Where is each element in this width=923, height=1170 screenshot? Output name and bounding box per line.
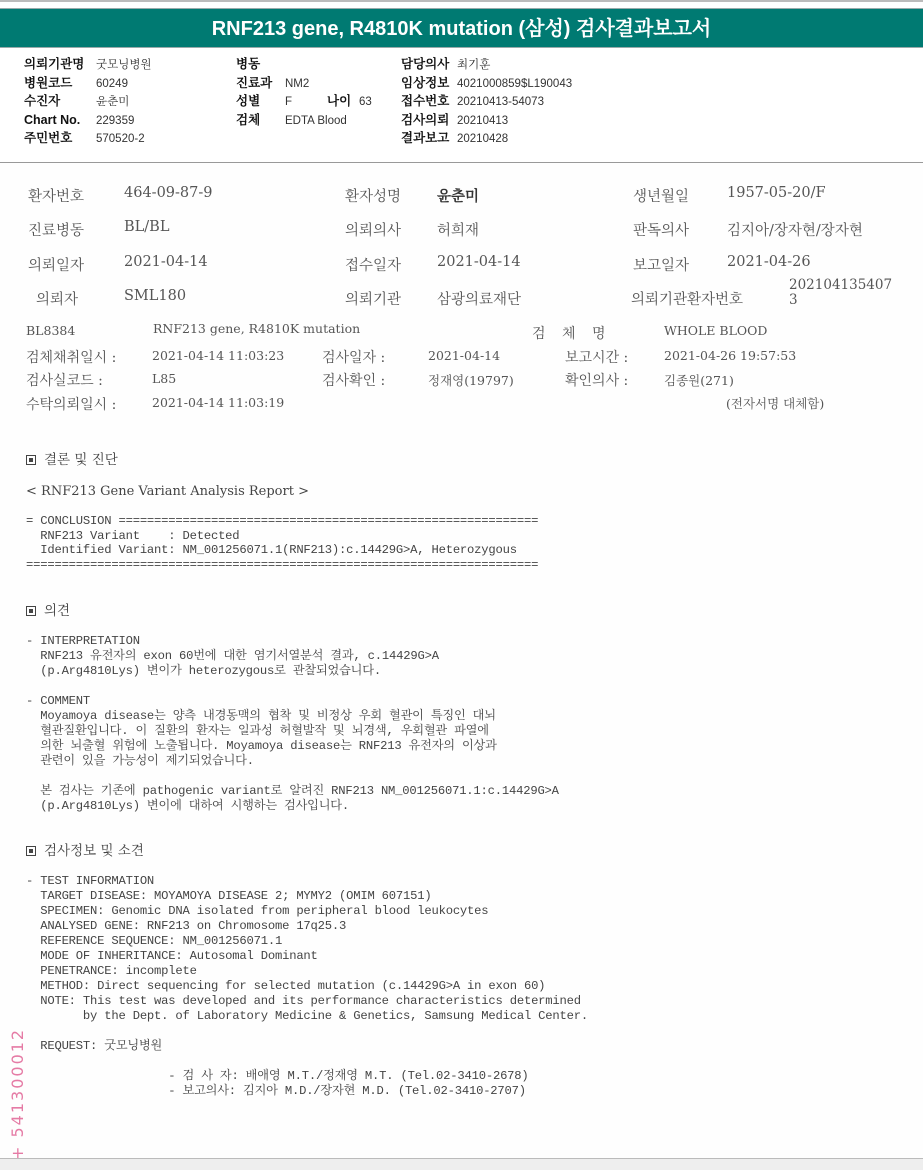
field-value: 20210413	[457, 112, 508, 131]
field-value: 20210413-54073	[457, 93, 544, 112]
header-row: 수진자윤춘미	[24, 92, 152, 111]
header-row: 접수번호20210413-54073	[401, 92, 572, 111]
field-value: 20210428	[457, 130, 508, 149]
specimen-label: 검 체 명	[532, 323, 611, 343]
document-id-watermark: + 541300012	[4, 1010, 32, 1160]
header-row: 담당의사최기훈	[401, 55, 572, 74]
comment-line: (p.Arg4810Lys) 변이에 대하여 시행하는 검사입니다.	[26, 799, 559, 814]
section-heading-conclusion: 결론 및 진단	[26, 453, 118, 468]
comment-block: - COMMENT Moyamoya disease는 양측 내경동맥의 협착 …	[26, 694, 559, 814]
confirm-value: 정재영(19797)	[428, 371, 514, 389]
field-label: 검체	[236, 111, 285, 130]
outsource-time-value: 2021-04-14 11:03:19	[152, 395, 284, 410]
field-label: 진료과	[236, 74, 285, 93]
patient-value: 464-09-87-9	[124, 185, 213, 201]
comment-line: 혈관질환입니다. 이 질환의 환자는 일과성 허혈발작 및 뇌경색, 우회혈관 …	[26, 724, 559, 739]
patient-value: SML180	[124, 288, 186, 304]
lab-code-label: 검사실코드 :	[26, 370, 103, 390]
header-info: 의뢰기관명굿모닝병원 병원코드60249 수진자윤춘미 Chart No.229…	[0, 55, 923, 160]
report-time-label: 보고시간 :	[565, 347, 628, 367]
field-label: 병동	[236, 55, 285, 74]
patient-info-grid: 환자번호 464-09-87-9 환자성명 윤춘미 생년월일 1957-05-2…	[0, 163, 923, 313]
header-col-2: 병동 진료과NM2 성별F나이63 검체EDTA Blood	[236, 55, 372, 129]
header-row: Chart No.229359	[24, 111, 152, 130]
patient-value: 2021-04-14	[124, 254, 208, 270]
patient-label: 생년월일	[633, 185, 689, 206]
patient-value: 2021-04-14	[437, 254, 521, 270]
patient-value: 삼광의료재단	[437, 288, 521, 309]
field-value: 최기훈	[457, 56, 490, 75]
field-label: 병원코드	[24, 74, 96, 93]
interpretation-line: RNF213 유전자의 exon 60번에 대한 염기서열분석 결과, c.14…	[26, 649, 439, 664]
top-border	[0, 0, 923, 2]
report-time-value: 2021-04-26 19:57:53	[664, 348, 796, 363]
scanned-report: 환자번호 464-09-87-9 환자성명 윤춘미 생년월일 1957-05-2…	[0, 163, 923, 1158]
test-info-line: SPECIMEN: Genomic DNA isolated from peri…	[26, 904, 588, 919]
test-code: BL8384	[26, 323, 75, 338]
square-bullet-icon	[26, 846, 36, 856]
field-value: 60249	[96, 75, 128, 94]
header-row: 검사의뢰20210413	[401, 111, 572, 130]
patient-value-line2: 3	[789, 292, 798, 308]
test-info-line: REFERENCE SEQUENCE: NM_001256071.1	[26, 934, 588, 949]
report-subtitle: < RNF213 Gene Variant Analysis Report >	[26, 484, 309, 499]
patient-label: 환자번호	[28, 185, 84, 206]
test-info-line: MODE OF INHERITANCE: Autosomal Dominant	[26, 949, 588, 964]
square-bullet-icon	[26, 455, 36, 465]
field-value: F	[285, 93, 327, 112]
interpretation-line: (p.Arg4810Lys) 변이가 heterozygous로 관찰되었습니다…	[26, 664, 439, 679]
verifier-label: 확인의사 :	[565, 370, 628, 390]
header-row: 병동	[236, 55, 372, 74]
test-date-value: 2021-04-14	[428, 348, 500, 363]
header-row: 진료과NM2	[236, 74, 372, 93]
header-col-1: 의뢰기관명굿모닝병원 병원코드60249 수진자윤춘미 Chart No.229…	[24, 55, 152, 148]
header-col-3: 담당의사최기훈 임상정보4021000859$L190043 접수번호20210…	[401, 55, 572, 148]
test-info-title: - TEST INFORMATION	[26, 874, 588, 889]
outsource-time-label: 수탁의뢰일시 :	[26, 394, 116, 414]
signer-line: - 검 사 자: 배애영 M.T./정재영 M.T. (Tel.02-3410-…	[26, 1069, 529, 1084]
request-line: REQUEST: 굿모닝병원	[26, 1039, 162, 1054]
conclusion-line: Identified Variant: NM_001256071.1(RNF21…	[26, 543, 538, 558]
section-heading-opinion: 의견	[26, 604, 70, 619]
blank-line	[26, 769, 559, 784]
field-label: 담당의사	[401, 55, 457, 74]
patient-label: 의뢰기관환자번호	[631, 288, 743, 309]
patient-value: 허희재	[437, 219, 479, 240]
patient-label: 의뢰기관	[345, 288, 401, 309]
section-heading-text: 결론 및 진단	[44, 452, 118, 468]
signer-line: - 보고의사: 김지아 M.D./장자현 M.D. (Tel.02-3410-2…	[26, 1084, 529, 1099]
header-row: 임상정보4021000859$L190043	[401, 74, 572, 93]
field-value: 570520-2	[96, 130, 145, 149]
confirm-label: 검사확인 :	[322, 370, 385, 390]
header-row: 결과보고20210428	[401, 129, 572, 148]
field-label: 접수번호	[401, 92, 457, 111]
field-value: 229359	[96, 112, 134, 131]
section-heading-text: 의견	[44, 603, 70, 619]
conclusion-block: = CONCLUSION ===========================…	[26, 514, 538, 572]
test-info-line: TARGET DISEASE: MOYAMOYA DISEASE 2; MYMY…	[26, 889, 588, 904]
interpretation-title: - INTERPRETATION	[26, 634, 439, 649]
test-info-line: by the Dept. of Laboratory Medicine & Ge…	[26, 1009, 588, 1024]
field-value: EDTA Blood	[285, 112, 347, 131]
field-label: 결과보고	[401, 129, 457, 148]
field-label: Chart No.	[24, 111, 96, 130]
header-row: 병원코드60249	[24, 74, 152, 93]
header-row: 의뢰기관명굿모닝병원	[24, 55, 152, 74]
conclusion-line: ========================================…	[26, 558, 538, 573]
esign-note: (전자서명 대체함)	[726, 394, 824, 412]
field-label: 나이	[327, 92, 359, 111]
collect-time-value: 2021-04-14 11:03:23	[152, 348, 284, 363]
field-label: 의뢰기관명	[24, 55, 96, 74]
conclusion-line: = CONCLUSION ===========================…	[26, 514, 538, 529]
patient-value: 1957-05-20/F	[727, 185, 826, 201]
lab-code-value: L85	[152, 371, 176, 386]
specimen-value: WHOLE BLOOD	[664, 323, 767, 338]
test-info-line: NOTE: This test was developed and its pe…	[26, 994, 588, 1009]
section-heading-test-info: 검사정보 및 소견	[26, 844, 144, 859]
header-row: 검체EDTA Blood	[236, 111, 372, 130]
patient-value: 윤춘미	[437, 185, 479, 206]
field-label: 검사의뢰	[401, 111, 457, 130]
patient-label: 의뢰의사	[345, 219, 401, 240]
test-name: RNF213 gene, R4810K mutation	[153, 321, 360, 336]
patient-value: 김지아/장자현/장자현	[727, 219, 863, 240]
square-bullet-icon	[26, 606, 36, 616]
field-value: NM2	[285, 75, 309, 94]
header-row: 성별F나이63	[236, 92, 372, 111]
patient-label: 진료병동	[28, 219, 84, 240]
conclusion-line: RNF213 Variant : Detected	[26, 529, 538, 544]
header-row: 주민번호570520-2	[24, 129, 152, 148]
field-label: 성별	[236, 92, 285, 111]
verifier-value: 김종원(271)	[664, 371, 734, 389]
test-date-label: 검사일자 :	[322, 347, 385, 367]
field-label: 수진자	[24, 92, 96, 111]
comment-title: - COMMENT	[26, 694, 559, 709]
bottom-border	[0, 1158, 923, 1170]
patient-label: 의뢰자	[36, 288, 78, 309]
interpretation-block: - INTERPRETATION RNF213 유전자의 exon 60번에 대…	[26, 634, 439, 679]
patient-label: 접수일자	[345, 254, 401, 275]
section-heading-text: 검사정보 및 소견	[44, 843, 144, 859]
comment-line: 본 검사는 기존에 pathogenic variant로 알려진 RNF213…	[26, 784, 559, 799]
field-value: 윤춘미	[96, 93, 129, 112]
comment-line: 관련이 있을 가능성이 제기되었습니다.	[26, 754, 559, 769]
patient-label: 보고일자	[633, 254, 689, 275]
report-title: RNF213 gene, R4810K mutation (삼성) 검사결과보고…	[0, 8, 923, 48]
field-value: 굿모닝병원	[96, 56, 152, 75]
patient-label: 환자성명	[345, 185, 401, 206]
patient-value-line1: 202104135407	[789, 277, 892, 293]
test-info-line: METHOD: Direct sequencing for selected m…	[26, 979, 588, 994]
comment-line: 의한 뇌출혈 위험에 노출됩니다. Moyamoya disease는 RNF2…	[26, 739, 559, 754]
patient-value: BL/BL	[124, 219, 169, 235]
patient-value: 2021041354073	[789, 278, 892, 308]
test-info-block: - TEST INFORMATION TARGET DISEASE: MOYAM…	[26, 874, 588, 1024]
collect-time-label: 검체채취일시 :	[26, 347, 116, 367]
field-label: 임상정보	[401, 74, 457, 93]
field-value: 4021000859$L190043	[457, 75, 572, 94]
field-value: 63	[359, 93, 372, 112]
field-label: 주민번호	[24, 129, 96, 148]
patient-label: 의뢰일자	[28, 254, 84, 275]
patient-label: 판독의사	[633, 219, 689, 240]
patient-value: 2021-04-26	[727, 254, 811, 270]
signers-block: - 검 사 자: 배애영 M.T./정재영 M.T. (Tel.02-3410-…	[26, 1069, 529, 1099]
test-info-line: PENETRANCE: incomplete	[26, 964, 588, 979]
test-info-line: ANALYSED GENE: RNF213 on Chromosome 17q2…	[26, 919, 588, 934]
comment-line: Moyamoya disease는 양측 내경동맥의 협착 및 비정상 우회 혈…	[26, 709, 559, 724]
